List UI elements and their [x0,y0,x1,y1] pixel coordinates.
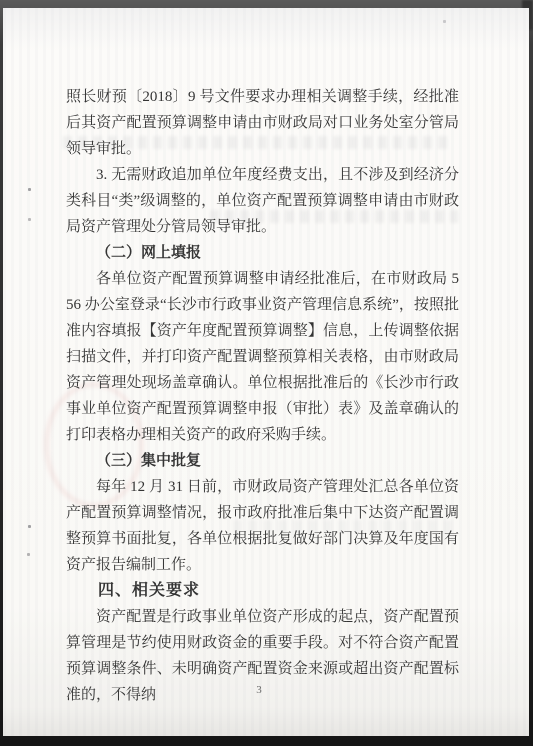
heading-centralized-approval: （三）集中批复 [66,448,459,474]
document-text-block: 照长财预〔2018〕9 号文件要求办理相关调整手续，经批准后其资产配置预算调整申… [66,84,459,708]
paragraph-approval-procedure-continuation: 照长财预〔2018〕9 号文件要求办理相关调整手续，经批准后其资产配置预算调整申… [66,84,459,162]
heading-related-requirements: 四、相关要求 [66,578,459,604]
paragraph-online-filing-detail: 各单位资产配置预算调整申请经批准后，在市财政局 556 办公室登录“长沙市行政事… [66,266,459,448]
paragraph-centralized-approval-detail: 每年 12 月 31 日前，市财政局资产管理处汇总各单位资产配置预算调整情况，报… [66,474,459,578]
scan-speck [27,553,30,556]
scanned-document-page: 照长财预〔2018〕9 号文件要求办理相关调整手续，经批准后其资产配置预算调整申… [3,8,529,736]
scanner-edge-frame: 照长财预〔2018〕9 号文件要求办理相关调整手续，经批准后其资产配置预算调整申… [0,0,533,746]
scan-speck [28,525,31,528]
scan-speck [28,218,31,221]
scan-speck [28,188,31,191]
heading-online-filing: （二）网上填报 [66,240,459,266]
paragraph-no-budget-increase-rule: 3. 无需财政追加单位年度经费支出，且不涉及到经济分类科目“类”级调整的，单位资… [66,162,459,240]
page-number: 3 [3,684,515,696]
scan-speck [443,20,446,23]
